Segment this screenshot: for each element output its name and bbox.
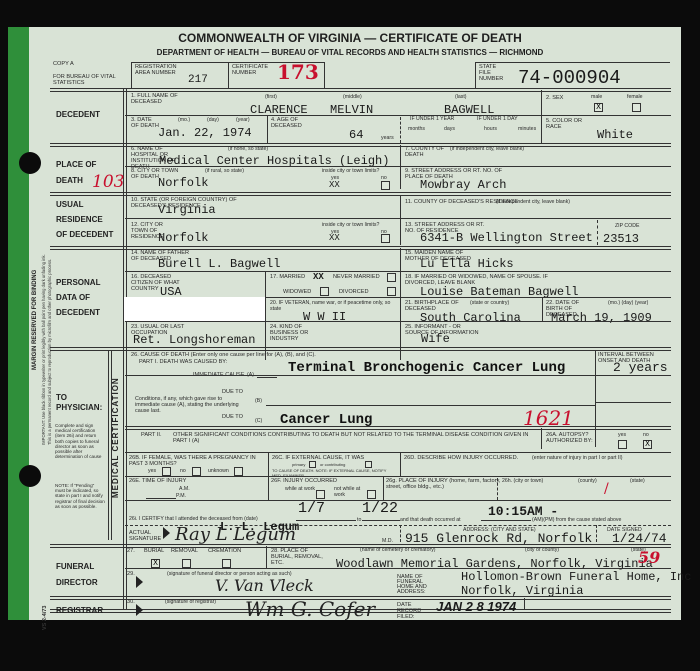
informant: Wife xyxy=(421,332,450,346)
race: White xyxy=(597,128,633,142)
binding-strip xyxy=(8,27,29,620)
director-signature: V. Van Vleck xyxy=(215,576,314,595)
injury-city-mark: / xyxy=(604,481,609,497)
important-note-1: IMPORTANT: Use black ribbon in typewrite… xyxy=(41,254,46,445)
place-code: 103 xyxy=(92,172,124,192)
copy-for: FOR BUREAU OF VITAL STATISTICS xyxy=(53,74,123,86)
interval: 2 years xyxy=(613,360,668,375)
registrar-signature: Wm G. Cofer xyxy=(245,597,375,621)
form-number: VS 2-4/73 xyxy=(42,606,48,630)
registration-label: REGISTRATION AREA NUMBER xyxy=(135,64,185,76)
attended-to-date: 1/22 xyxy=(362,500,398,517)
city-residence: Norfolk xyxy=(158,231,208,245)
birthplace: South Carolina xyxy=(420,311,521,325)
physician-note: Complete and sign medical certification … xyxy=(55,423,105,459)
street-of-death: Mowbray Arch xyxy=(420,178,506,192)
registrar-arrow-icon xyxy=(136,604,143,616)
autopsy-yes-checkbox[interactable] xyxy=(618,440,627,449)
pregnancy-unknown-checkbox[interactable] xyxy=(234,467,243,476)
pregnancy-no-checkbox[interactable] xyxy=(192,467,201,476)
pending-note: NOTE: If "Pending" must be indicated, so… xyxy=(55,483,105,509)
certificate-number: 173 xyxy=(277,60,319,84)
city-of-death: Norfolk xyxy=(158,176,208,190)
date-filed: JAN 2 8 1974 xyxy=(436,599,516,614)
cremation-checkbox[interactable] xyxy=(222,559,231,568)
document-title: COMMONWEALTH OF VIRGINIA — CERTIFICATE O… xyxy=(0,31,700,45)
physician-signature: Ray L Legum xyxy=(175,524,296,545)
while-at-work-checkbox[interactable] xyxy=(316,490,325,499)
father-name: Burell L. Bagwell xyxy=(158,257,280,271)
section-decedent: DECEDENT xyxy=(56,110,100,119)
inside-limits-no[interactable] xyxy=(381,181,390,190)
punch-hole xyxy=(19,465,41,487)
state-file-label: STATE FILE NUMBER xyxy=(479,64,509,82)
age: 64 xyxy=(349,128,363,142)
street-residence: 6341-B Wellington Street xyxy=(420,231,593,245)
certificate-label: CERTIFICATE NUMBER xyxy=(232,64,272,76)
married-checkbox[interactable]: XX xyxy=(313,272,324,282)
cause-a: Terminal Bronchogenic Cancer Lung xyxy=(288,360,565,376)
widowed-checkbox[interactable] xyxy=(320,287,329,296)
important-note-2: This is a permanent record and subject t… xyxy=(47,259,52,445)
funeral-code: 59 xyxy=(638,548,660,567)
medical-certification-label: MEDICAL CERTIFICATION xyxy=(111,377,120,498)
margin-reserved-label: MARGIN RESERVED FOR BINDING xyxy=(32,270,38,370)
never-married-checkbox[interactable] xyxy=(387,273,396,282)
funeral-home: Hollomon-Brown Funeral Home, Inc xyxy=(461,570,691,584)
sex-male-checkbox[interactable]: X xyxy=(594,103,603,112)
date-of-death: Jan. 22, 1974 xyxy=(158,126,252,140)
zip-code: 23513 xyxy=(603,232,639,246)
field-1-label: 1. FULL NAME OF DECEASED xyxy=(131,93,191,105)
redacted-field xyxy=(124,297,265,321)
copy-label: COPY A xyxy=(53,61,74,67)
mother-name: Lu Ella Hicks xyxy=(420,257,514,271)
external-contributing-checkbox[interactable] xyxy=(365,461,372,468)
pregnancy-yes-checkbox[interactable] xyxy=(162,467,171,476)
occupation: Ret. Longshoreman xyxy=(133,333,255,347)
document-subtitle: DEPARTMENT OF HEALTH — BUREAU OF VITAL R… xyxy=(0,48,700,57)
punch-hole xyxy=(19,152,41,174)
burial-checkbox[interactable]: X xyxy=(151,559,160,568)
state-residence: Virginia xyxy=(158,203,216,217)
attended-from-date: 1/7 xyxy=(298,500,325,517)
date-of-birth: March 19, 1909 xyxy=(551,311,652,325)
registration-number: 217 xyxy=(188,74,208,86)
sex-female-checkbox[interactable] xyxy=(632,103,641,112)
residence-inside-yes[interactable]: XX xyxy=(329,233,340,243)
signature-arrow-icon xyxy=(163,527,170,539)
external-primary-checkbox[interactable] xyxy=(309,461,316,468)
removal-checkbox[interactable] xyxy=(182,559,191,568)
not-while-at-work-checkbox[interactable] xyxy=(367,490,376,499)
state-file-number: 74-000904 xyxy=(518,67,621,89)
residence-inside-no[interactable] xyxy=(381,234,390,243)
inside-limits-yes[interactable]: XX xyxy=(329,180,340,190)
autopsy-no-checkbox[interactable]: X xyxy=(643,440,652,449)
divorced-checkbox[interactable] xyxy=(387,287,396,296)
director-arrow-icon xyxy=(136,576,143,588)
